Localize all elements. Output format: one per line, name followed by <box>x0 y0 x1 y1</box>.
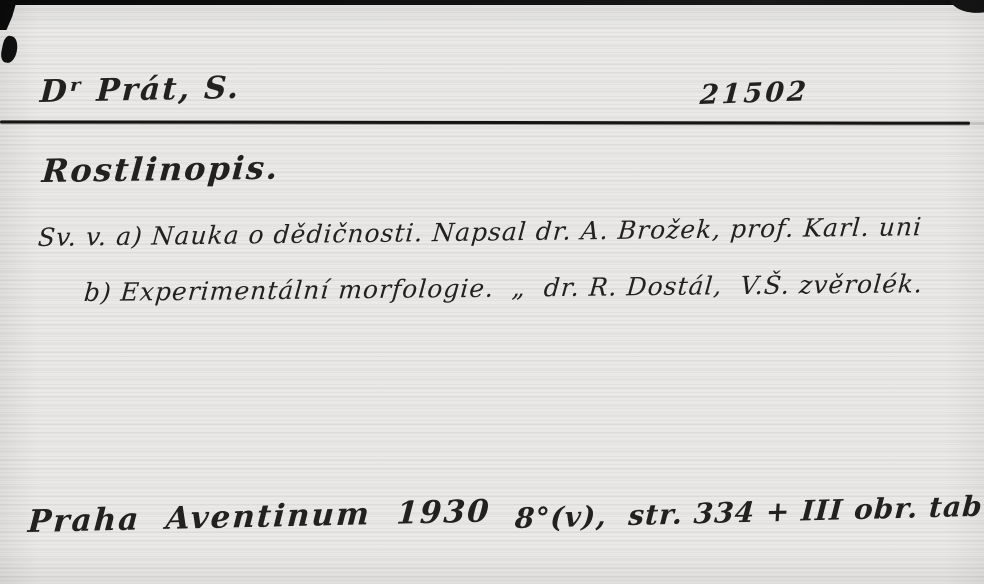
scan-artifact-top-left-corner <box>0 0 17 30</box>
author-heading: Dʳ Prát, S. <box>39 70 241 110</box>
volume-entry-b: b) Experimentální morfologie. „ dr. R. D… <box>83 269 924 307</box>
scan-artifact-top-edge <box>0 0 984 5</box>
scan-artifact-left-edge-blob <box>0 35 20 65</box>
volume-entry-a: Sv. v. a) Nauka o dědičnosti. Napsal dr.… <box>37 212 923 252</box>
header-rule-divider <box>0 120 970 124</box>
catalog-card: Dʳ Prát, S. 21502 Rostlinopis. Sv. v. a)… <box>0 0 984 584</box>
work-title: Rostlinopis. <box>41 149 281 190</box>
imprint-place-publisher-year: Praha Aventinum 1930 <box>27 493 492 540</box>
imprint-collation: 8°(v), str. 334 + III obr. tab. <box>514 489 984 535</box>
scan-artifact-top-right-corner <box>948 0 984 17</box>
accession-number: 21502 <box>699 76 810 111</box>
